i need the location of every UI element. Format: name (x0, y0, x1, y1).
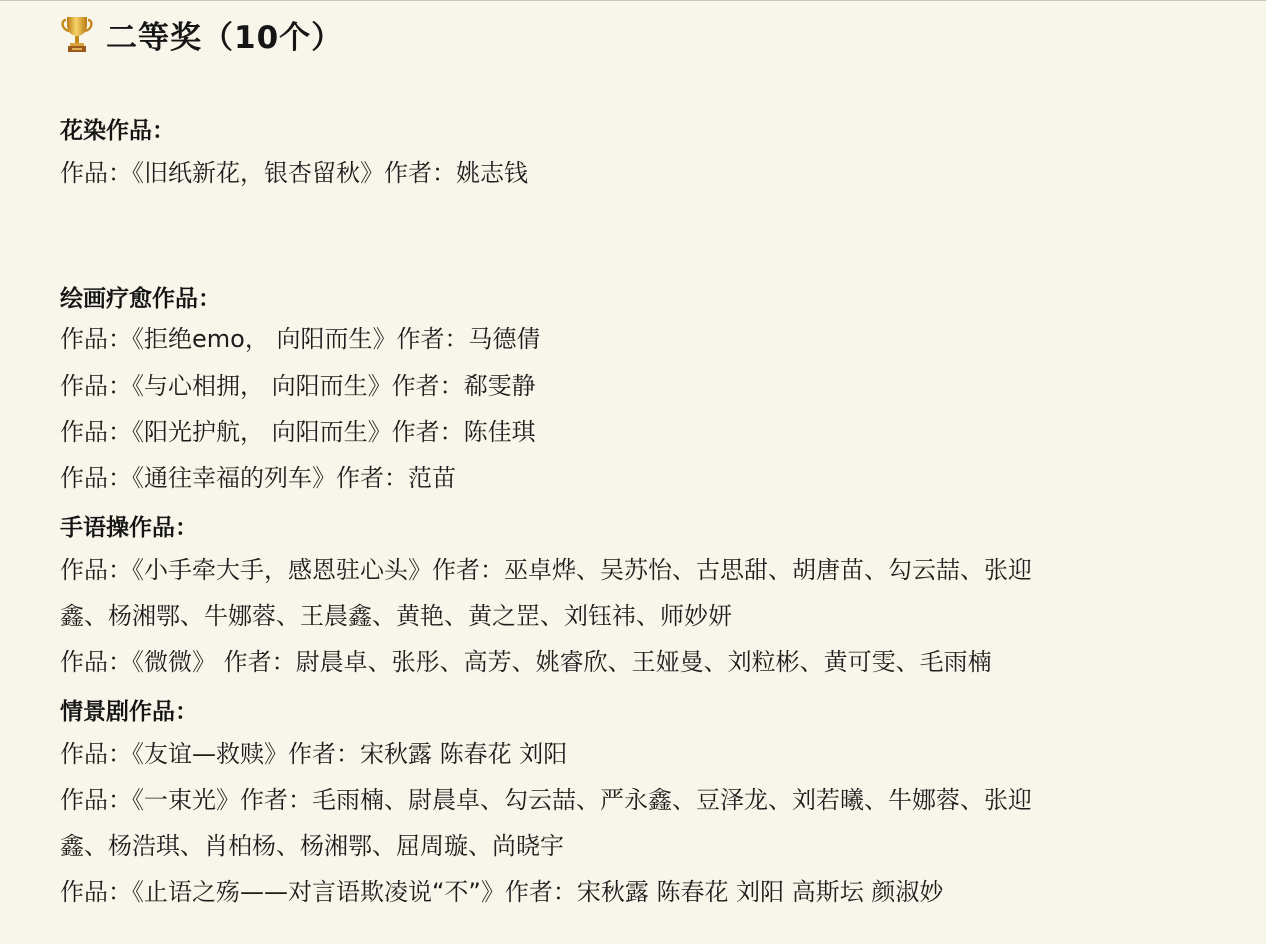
entry-line: 作品：《旧纸新花，银杏留秋》作者：姚志钱 (60, 150, 528, 196)
entry-line: 作品：《与心相拥， 向阳而生》作者：郗雯静 (60, 363, 536, 409)
entry-line: 作品：《微微》 作者：尉晨卓、张彤、高芳、姚睿欣、王娅曼、刘粒彬、黄可雯、毛雨楠 (60, 639, 992, 685)
entry-line-continued: 鑫、杨湘鄂、牛娜蓉、王晨鑫、黄艳、黄之罡、刘钰祎、师妙妍 (60, 593, 732, 639)
entry-line: 作品：《阳光护航， 向阳而生》作者：陈佳琪 (60, 409, 536, 455)
award-title: 二等奖（10个） (106, 12, 343, 57)
entry-line: 作品：《一束光》作者：毛雨楠、尉晨卓、勾云喆、严永鑫、豆泽龙、刘若曦、牛娜蓉、张… (60, 777, 1032, 823)
entry-line: 作品：《小手牵大手，感恩驻心头》作者：巫卓烨、吴苏怡、古思甜、胡唐苗、勾云喆、张… (60, 547, 1032, 593)
entry-line-continued: 鑫、杨浩琪、肖柏杨、杨湘鄂、屈周璇、尚晓宇 (60, 823, 564, 869)
entry-line: 作品：《友谊—救赎》作者：宋秋露 陈春花 刘阳 (60, 731, 567, 777)
entry-line: 作品：《止语之殇——对言语欺凌说“不”》作者：宋秋露 陈春花 刘阳 高斯坛 颜淑… (60, 869, 943, 915)
top-border (0, 0, 1266, 1)
section-heading-painting-healing: 绘画疗愈作品： (60, 280, 221, 313)
section-heading-flower-dye: 花染作品： (60, 112, 175, 145)
section-heading-sign-language: 手语操作品： (60, 509, 198, 542)
entry-line: 作品：《通往幸福的列车》作者：范苗 (60, 455, 456, 501)
award-title-row: 二等奖（10个） (60, 12, 343, 56)
entry-line: 作品：《拒绝emo， 向阳而生》作者：马德倩 (60, 316, 540, 362)
trophy-icon (60, 14, 94, 54)
section-heading-sitcom: 情景剧作品： (60, 693, 198, 726)
